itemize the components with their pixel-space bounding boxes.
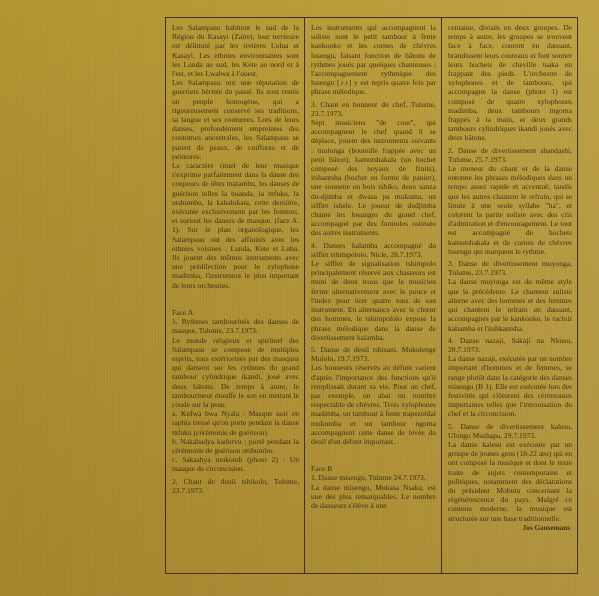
intro-paragraph-1: Les Salampasu habitent le sud de la Régi…	[172, 23, 299, 78]
track-b1-description: La danse misengu, Mukasa Nsaka, est une …	[311, 483, 436, 511]
face-b-heading: Face B	[311, 464, 436, 473]
face-a-heading: Face A	[172, 308, 299, 317]
record-sleeve-background: Les Salampasu habitent le sud de la Régi…	[0, 0, 599, 596]
track-a4-title: 4. Danses kalamba accompagné du sifflet …	[311, 241, 436, 259]
track-b1-description-cont: centaine, divisés en deux groupes. De te…	[448, 23, 572, 143]
track-b4-title: 4. Danse nazaji, Sakaji na Nkusu, 28.7.1…	[448, 336, 572, 354]
track-a1-title: 1. Rythmes tambourinés des danses de mas…	[172, 317, 299, 335]
author-signature: Jos Gansemans	[448, 524, 572, 533]
track-a1-item-b: b. Nakabadya kadurvu : porté pendant la …	[172, 437, 299, 455]
track-a1-item-a: a. Kufwa bwa Nyala : Masque noir en raph…	[172, 409, 299, 437]
track-a1-description: Le monde religieux et spirituel des Sala…	[172, 336, 299, 410]
column-2: Les instruments qui accompagnent la soli…	[304, 18, 441, 573]
track-a5-title: 5. Danse de deuil tshisani, Mukulenge Mu…	[311, 345, 436, 363]
track-a3-title: 3. Chant en honneur du chef, Tulume, 23.…	[311, 100, 436, 118]
track-b3-description: La danse muyonga est du même style que l…	[448, 277, 572, 332]
intro-paragraph-3: Le caractère rituel de leur musique s'ex…	[172, 161, 299, 290]
column-3: centaine, divisés en deux groupes. De te…	[441, 18, 577, 573]
column-1: Les Salampasu habitent le sud de la Régi…	[166, 18, 304, 573]
intro-paragraph-2: Les Salampasu ont une réputation de guer…	[172, 78, 299, 161]
track-a2-description: Les instruments qui accompagnent la soli…	[311, 23, 436, 97]
track-b2-description: Le meneur du chant et de la danse entonn…	[448, 164, 572, 256]
track-b2-title: 2. Danse de divertissement shandashi, Tu…	[448, 146, 572, 164]
track-b5-title: 5. Danse de divertissement kalesu, Ulong…	[448, 422, 572, 440]
track-a2-title: 2. Chant de deuil tshikolo, Tulume, 23.7…	[172, 477, 299, 495]
track-a3-description: Sept musiciens "de cour", qui accompagne…	[311, 118, 436, 238]
track-b1-title: 1. Danse misengu, Tulume 24.7.1973.	[311, 473, 436, 482]
liner-notes-frame: Les Salampasu habitent le sud de la Régi…	[165, 17, 578, 574]
track-b4-description: La danse nazaji, exécutée par un nombre …	[448, 354, 572, 418]
track-a5-description: Les honneurs réservés au défunt varient …	[311, 363, 436, 446]
track-b3-title: 3. Danse de divertissement muyonga, Tulu…	[448, 259, 572, 277]
track-a4-description: Le sifflet de signalisation tshimpolo pr…	[311, 259, 436, 342]
track-b5-description: La danse kalesu est exécutée par un grou…	[448, 440, 572, 523]
track-a1-item-c: c. Sakashya mokondi (photo 2) : Un masqu…	[172, 455, 299, 473]
